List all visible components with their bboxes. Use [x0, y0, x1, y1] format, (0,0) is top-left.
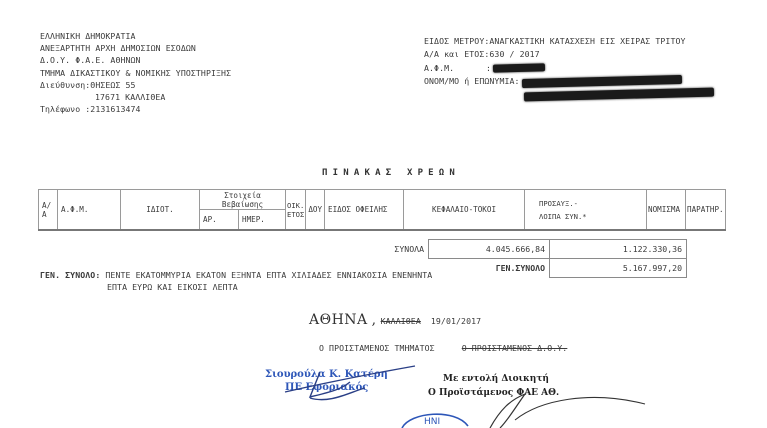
authority-line-1: Με εντολή Διοικητή [428, 372, 559, 386]
name-row-2 [424, 88, 714, 102]
officer-name: Σιουρούλα Κ. Κατέρη [265, 368, 388, 381]
words-line-1: ΠΕΝΤΕ ΕΚΑΤΟΜΜΥΡΙΑ ΕΚΑΤΟΝ ΕΞΗΝΤΑ ΕΠΤΑ ΧΙΛ… [105, 270, 432, 280]
place-date: ΑΘΗΝΑ, ΚΑΛΛΙΘΕΑ 19/01/2017 [309, 312, 481, 328]
name-row: ΟΝΟΜ/ΜΟ ή ΕΠΩΝΥΜΙΑ: [424, 75, 714, 89]
afm-row: Α.Φ.Μ.: [424, 61, 714, 75]
phone-row: Τηλέφωνο :2131613474 [40, 104, 231, 116]
capital-total: 4.045.666,84 [429, 240, 550, 259]
aa-label: Α/Α και ΕΤΟΣ: [424, 49, 489, 59]
authority-line-2: Ο Προϊστάμενος ΦΑΕ ΑΘ. [428, 386, 559, 400]
issuer-line: Δ.Ο.Υ. Φ.Α.Ε. ΑΘΗΝΩΝ [40, 55, 231, 67]
name-redaction-2 [524, 88, 714, 102]
issuer-line: ΑΝΕΞΑΡΤΗΤΗ ΑΡΧΗ ΔΗΜΟΣΙΩΝ ΕΣΟΔΩΝ [40, 43, 231, 55]
col-currency: ΝΟΜΙΣΜΑ [647, 190, 686, 231]
address-city: 17671 ΚΑΛΛΙΘΕΑ [40, 92, 231, 104]
measure-value: ΑΝΑΓΚΑΣΤΙΚΗ ΚΑΤΑΣΧΕΣΗ ΕΙΣ ΧΕΙΡΑΣ ΤΡΙΤΟΥ [489, 36, 685, 46]
phone-label: Τηλέφωνο : [40, 104, 90, 114]
col-capital: ΚΕΦΑΛΑΙΟ-ΤΟΚΟΙ [404, 190, 525, 231]
place-handwritten: ΑΘΗΝΑ [309, 312, 368, 328]
name-redaction [521, 75, 681, 88]
col-cert-group: Στοιχεία Βεβαίωσης [200, 190, 286, 210]
document-title: ΠΙΝΑΚΑΣ ΧΡΕΩΝ [322, 168, 460, 178]
date: 19/01/2017 [431, 316, 481, 326]
col-idiot: ΙΔΙΟΤ. [121, 190, 200, 231]
issuer-line: ΕΛΛΗΝΙΚΗ ΔΗΜΟΚΡΑΤΙΑ [40, 31, 231, 43]
svg-text:ΗΝΙ: ΗΝΙ [424, 417, 440, 427]
col-aa: Α/Α [39, 190, 58, 231]
issuer-line: ΤΜΗΜΑ ΔΙΚΑΣΤΙΚΟΥ & ΝΟΜΙΚΗΣ ΥΠΟΣΤΗΡΙΞΗΣ [40, 68, 231, 80]
amount-in-words: ΓΕΝ. ΣΥΝΟΛΟ: ΠΕΝΤΕ ΕΚΑΤΟΜΜΥΡΙΑ ΕΚΑΤΟΝ ΕΞ… [40, 270, 432, 293]
head-of-dept: Ο ΠΡΟΙΣΤΑΜΕΝΟΣ ΤΜΗΜΑΤΟΣ [319, 343, 435, 353]
col-notes: ΠΑΡΑΤΗΡ. [686, 190, 726, 231]
afm-sep: : [486, 63, 491, 73]
col-afm: Α.Φ.Μ. [58, 190, 121, 231]
col-cert-no: ΑΡ. [200, 210, 239, 231]
debts-table: Α/Α Α.Φ.Μ. ΙΔΙΟΤ. Στοιχεία Βεβαίωσης ΟΙΚ… [38, 189, 726, 231]
words-label: ΓΕΝ. ΣΥΝΟΛΟ: [40, 270, 100, 280]
col-debt-type: ΕΙΔΟΣ ΟΦΕΙΛΗΣ [325, 190, 404, 231]
col-surcharges: ΠΡΟΣΑΥΞ.- ΛΟΙΠΑ ΣΥΝ.* [525, 190, 647, 231]
issuer-block: ΕΛΛΗΝΙΚΗ ΔΗΜΟΚΡΑΤΙΑ ΑΝΕΞΑΡΤΗΤΗ ΑΡΧΗ ΔΗΜΟ… [40, 31, 231, 116]
head-of-doy-struck: Ο ΠΡΟΙΣΤΑΜΕΝΟΣ Δ.Ο.Υ. [462, 343, 568, 353]
grand-total-label: ΓΕΝ.ΣΥΝΟΛΟ [429, 259, 550, 278]
officer-title: ΠΕ Εφοριακός [265, 381, 388, 394]
measure-row: ΕΙΔΟΣ ΜΕΤΡΟΥ:ΑΝΑΓΚΑΣΤΙΚΗ ΚΑΤΑΣΧΕΣΗ ΕΙΣ Χ… [424, 34, 714, 48]
col-doy: ΔΟΥ [306, 190, 325, 231]
aa-value: 630 / 2017 [489, 49, 539, 59]
phone-value: 2131613474 [90, 104, 140, 114]
afm-redaction [493, 63, 545, 72]
measure-block: ΕΙΔΟΣ ΜΕΤΡΟΥ:ΑΝΑΓΚΑΣΤΙΚΗ ΚΑΤΑΣΧΕΣΗ ΕΙΣ Χ… [424, 34, 714, 102]
seal-stamp-icon: ΗΝΙ [400, 408, 470, 428]
measure-label: ΕΙΔΟΣ ΜΕΤΡΟΥ: [424, 36, 489, 46]
officer-stamp: Σιουρούλα Κ. Κατέρη ΠΕ Εφοριακός [265, 368, 388, 394]
surcharges-total: 1.122.330,36 [550, 240, 687, 259]
address-row: Διεύθυνση:ΘΗΣΕΩΣ 55 [40, 80, 231, 92]
words-line-2: ΕΠΤΑ ΕΥΡΩ ΚΑΙ ΕΙΚΟΣΙ ΛΕΠΤΑ [40, 282, 432, 294]
authority-stamp: Με εντολή Διοικητή Ο Προϊστάμενος ΦΑΕ ΑΘ… [428, 372, 559, 400]
col-fiscal-year: ΟΙΚ. ΕΤΟΣ [286, 190, 306, 231]
place-struck: ΚΑΛΛΙΘΕΑ [381, 316, 421, 326]
signatory-titles: Ο ΠΡΟΙΣΤΑΜΕΝΟΣ ΤΜΗΜΑΤΟΣ Ο ΠΡΟΙΣΤΑΜΕΝΟΣ Δ… [319, 343, 589, 353]
grand-total: 5.167.997,20 [550, 259, 687, 278]
afm-label: Α.Φ.Μ. [424, 63, 486, 73]
col-cert-date: ΗΜΕΡ. [239, 210, 286, 231]
address-street: ΘΗΣΕΩΣ 55 [90, 80, 135, 90]
name-label: ΟΝΟΜ/ΜΟ ή ΕΠΩΝΥΜΙΑ: [424, 76, 520, 86]
aa-row: Α/Α και ΕΤΟΣ:630 / 2017 [424, 48, 714, 62]
totals-label: ΣΥΝΟΛΑ [325, 240, 429, 259]
address-label: Διεύθυνση: [40, 80, 90, 90]
